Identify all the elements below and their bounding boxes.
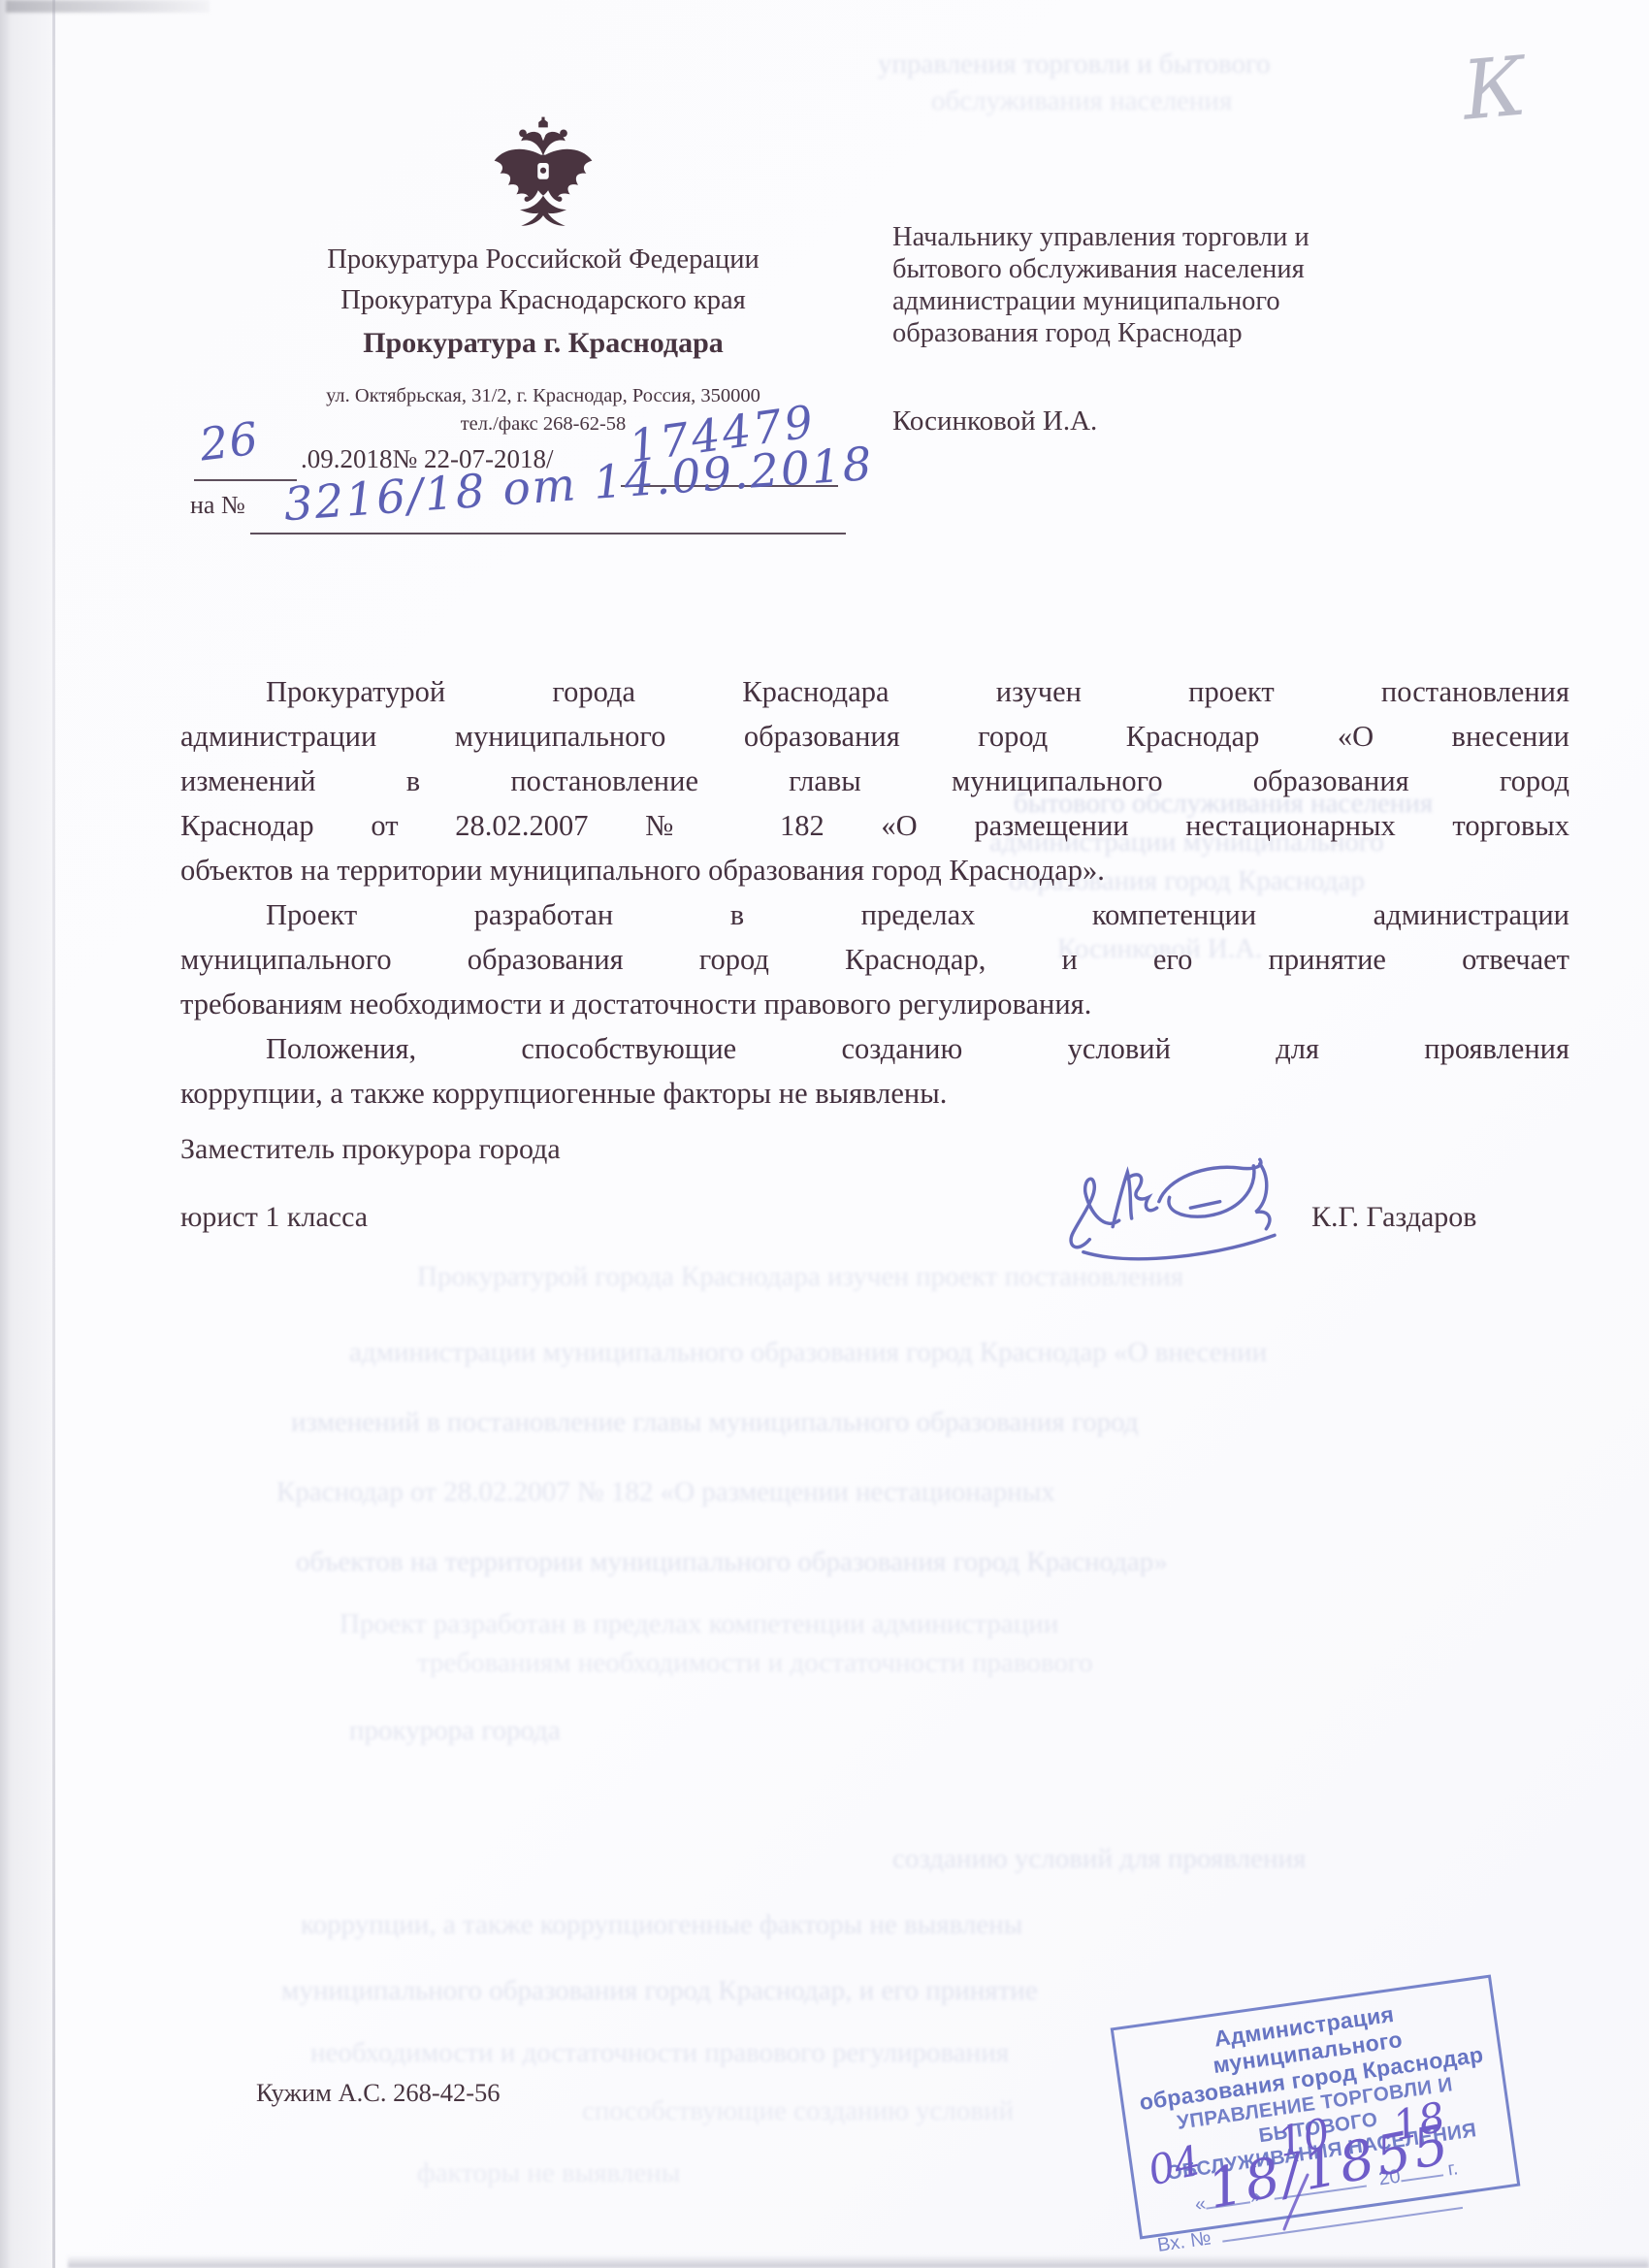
recipient-line: образования город Краснодар <box>892 317 1494 349</box>
scan-edge-shadow-soft <box>12 0 52 2268</box>
body-line: требованиям необходимости и достаточност… <box>180 982 1569 1026</box>
org-name-federation: Прокуратура Российской Федерации <box>165 244 921 275</box>
scan-edge-shadow <box>0 0 12 2268</box>
recipient-line: бытового обслуживания населения <box>892 253 1494 285</box>
executor-contact: Кужим А.С. 268-42-56 <box>256 2078 501 2108</box>
scan-bottom-shadow <box>68 2255 1649 2268</box>
body-line: администрации муниципального образования… <box>180 714 1569 759</box>
reference-label: на № <box>190 491 245 520</box>
coat-of-arms-icon <box>485 116 601 239</box>
org-name-region: Прокуратура Краснодарского края <box>165 285 921 316</box>
signer-position-2: юрист 1 класса <box>180 1201 368 1234</box>
bleed-through-text: необходимости и достаточности правового … <box>310 2037 1115 2069</box>
bleed-through-text: Проект разработан в пределах компетенции… <box>339 1608 1406 1640</box>
letter-body: Прокуратурой города Краснодара изучен пр… <box>180 669 1569 1116</box>
signer-position-1: Заместитель прокурора города <box>180 1133 561 1166</box>
handwritten-signature <box>1057 1143 1290 1269</box>
stamp-in-number-label: Вх. № <box>1156 2227 1212 2256</box>
recipient-block: Начальнику управления торговли и бытовог… <box>892 221 1494 349</box>
signer-name: К.Г. Газдаров <box>1311 1201 1476 1234</box>
body-line: муниципального образования город Краснод… <box>180 937 1569 982</box>
bleed-through-text: Краснодар от 28.02.2007 № 182 «О размеще… <box>276 1476 1489 1508</box>
recipient-line: Начальнику управления торговли и <box>892 221 1494 253</box>
body-line: Положения, способствующие созданию услов… <box>180 1026 1569 1071</box>
body-line: объектов на территории муниципального об… <box>180 848 1569 892</box>
pencil-resolution-mark: К <box>1459 38 1530 138</box>
bleed-through-text: прокурора города <box>349 1715 718 1747</box>
scan-top-smudge <box>6 0 210 13</box>
bleed-through-text: способствующие созданию условий <box>582 2095 1086 2127</box>
bleed-through-text: объектов на территории муниципального об… <box>296 1546 1470 1578</box>
body-line: коррупции, а также коррупциогенные факто… <box>180 1071 1569 1116</box>
bleed-through-text: изменений в постановление главы муниципа… <box>291 1407 1484 1439</box>
bleed-through-text: управления торговли и бытового <box>878 49 1285 81</box>
bleed-through-text: созданию условий для проявления <box>892 1843 1474 1875</box>
bleed-through-text: обслуживания населения <box>931 85 1251 117</box>
body-line: Проект разработан в пределах компетенции… <box>180 892 1569 937</box>
recipient-line: администрации муниципального <box>892 285 1494 317</box>
scanned-letter-page: управления торговли и бытового обслужива… <box>0 0 1649 2268</box>
pen-stroke-artifact <box>1278 2173 1317 2231</box>
handwritten-day: 26 <box>197 412 262 471</box>
paper-fold-line <box>52 0 55 2268</box>
body-line: изменений в постановление главы муниципа… <box>180 759 1569 803</box>
bleed-through-text: администрации муниципального образования… <box>349 1337 1474 1369</box>
bleed-through-text: требованиям необходимости и достаточност… <box>417 1647 1290 1679</box>
reference-blank-line <box>250 533 846 535</box>
bleed-through-text: коррупции, а также коррупциогенные факто… <box>301 1909 1271 1941</box>
org-name-city: Прокуратура г. Краснодара <box>165 327 921 360</box>
body-line: Краснодар от 28.02.2007 № 182 «О размеще… <box>180 803 1569 848</box>
body-line: Прокуратурой города Краснодара изучен пр… <box>180 669 1569 714</box>
bleed-through-text: факторы не выявлены <box>417 2157 824 2189</box>
recipient-name: Косинковой И.А. <box>892 405 1097 437</box>
bleed-through-text: муниципального образования город Краснод… <box>281 1975 1115 2007</box>
